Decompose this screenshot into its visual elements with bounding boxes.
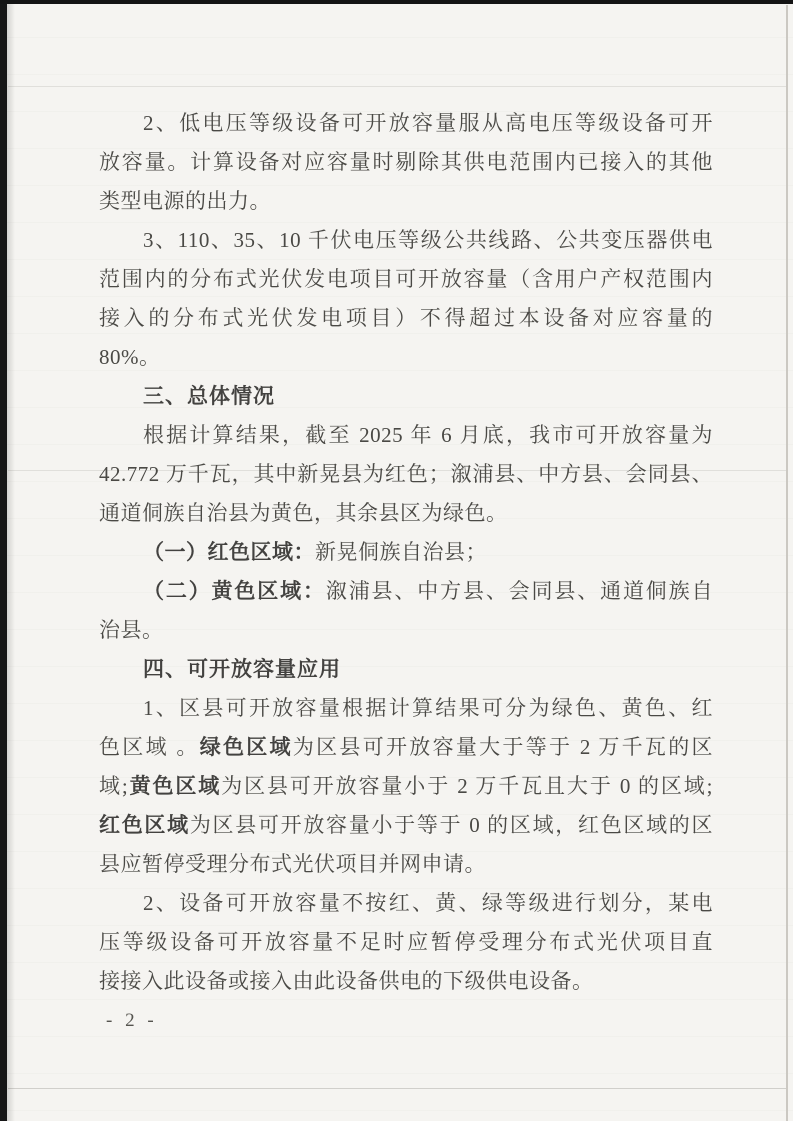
text-line: 42.772 万千瓦，其中新晃县为红色；溆浦县、中方县、会同县、	[99, 455, 713, 494]
paragraph: 2、低电压等级设备可开放容量服从高电压等级设备可开放容量。计算设备对应容量时剔除…	[99, 104, 713, 221]
text-line: 压等级设备可开放容量不足时应暂停受理分布式光伏项目直	[99, 923, 713, 962]
paragraph: （一）红色区域：新晃侗族自治县；	[99, 533, 713, 572]
emphasis-text: 绿色区域	[200, 736, 293, 759]
body-text: 新晃侗族自治县；	[315, 540, 487, 564]
text-line: 类型电源的出力。	[99, 182, 713, 221]
emphasis-text: 黄色区域	[128, 775, 221, 798]
text-line: 县应暂停受理分布式光伏项目并网申请。	[99, 845, 713, 884]
section-heading: 三、总体情况	[99, 377, 713, 416]
text-line: 3、110、35、10 千伏电压等级公共线路、公共变压器供电	[99, 221, 713, 260]
page-number: - 2 -	[106, 1010, 158, 1032]
text-line: 范围内的分布式光伏发电项目可开放容量（含用户产权范围内	[99, 260, 713, 299]
text-line: 2、低电压等级设备可开放容量服从高电压等级设备可开	[99, 104, 713, 143]
body-text: 接接入此设备或接入由此设备供电的下级供电设备。	[99, 969, 594, 993]
paragraph: 1、区县可开放容量根据计算结果可分为绿色、黄色、红色区域 。绿色区域为区县可开放…	[99, 689, 713, 884]
body-text: 县应暂停受理分布式光伏项目并网申请。	[99, 852, 486, 876]
scan-edge-left-shadow	[7, 0, 15, 1121]
body-text: 压等级设备可开放容量不足时应暂停受理分布式光伏项目直	[99, 930, 713, 954]
text-line: 通道侗族自治县为黄色，其余县区为绿色。	[99, 494, 713, 533]
body-text: 1、区县可开放容量根据计算结果可分为绿色、黄色、红	[143, 696, 713, 720]
emphasis-text: 四、可开放容量应用	[143, 658, 341, 681]
emphasis-text: （二）黄色区域：	[143, 580, 326, 603]
paragraph: 根据计算结果，截至 2025 年 6 月底，我市可开放容量为42.772 万千瓦…	[99, 416, 713, 533]
scan-edge-top	[0, 0, 793, 4]
text-line: 色区域 。绿色区域为区县可开放容量大于等于 2 万千瓦的区	[99, 728, 713, 767]
body-text: 色区域 。	[99, 735, 200, 759]
body-text: 为区县可开放容量小于 2 万千瓦且大于 0 的区域;	[221, 774, 713, 798]
text-line: 接接入此设备或接入由此设备供电的下级供电设备。	[99, 962, 713, 1001]
paragraph: 3、110、35、10 千伏电压等级公共线路、公共变压器供电范围内的分布式光伏发…	[99, 221, 713, 377]
emphasis-text: （一）红色区域：	[143, 541, 315, 564]
text-line: （二）黄色区域：溆浦县、中方县、会同县、通道侗族自	[99, 572, 713, 611]
body-text: 3、110、35、10 千伏电压等级公共线路、公共变压器供电	[143, 228, 713, 252]
emphasis-text: 三、总体情况	[143, 385, 275, 408]
text-line: 2、设备可开放容量不按红、黄、绿等级进行划分，某电	[99, 884, 713, 923]
body-text: 2、低电压等级设备可开放容量服从高电压等级设备可开	[143, 111, 713, 135]
document-body: 2、低电压等级设备可开放容量服从高电压等级设备可开放容量。计算设备对应容量时剔除…	[99, 104, 713, 1001]
scan-streak	[8, 1088, 788, 1089]
scanned-document-page: { "page": { "number_label": "- 2 -", "pa…	[0, 0, 793, 1121]
text-line: 根据计算结果，截至 2025 年 6 月底，我市可开放容量为	[99, 416, 713, 455]
paragraph: 2、设备可开放容量不按红、黄、绿等级进行划分，某电压等级设备可开放容量不足时应暂…	[99, 884, 713, 1001]
body-text: 范围内的分布式光伏发电项目可开放容量（含用户产权范围内	[99, 267, 713, 291]
text-line: 四、可开放容量应用	[99, 650, 713, 689]
body-text: 根据计算结果，截至 2025 年 6 月底，我市可开放容量为	[143, 423, 713, 447]
body-text: 80%。	[99, 345, 161, 369]
paragraph: （二）黄色区域：溆浦县、中方县、会同县、通道侗族自治县。	[99, 572, 713, 650]
body-text: 通道侗族自治县为黄色，其余县区为绿色。	[99, 501, 508, 525]
scan-streak	[8, 86, 788, 87]
body-text: 为区县可开放容量小于等于 0 的区域，红色区域的区	[190, 813, 713, 837]
body-text: 治县。	[99, 618, 164, 642]
body-text: 放容量。计算设备对应容量时剔除其供电范围内已接入的其他	[99, 150, 713, 174]
text-line: 放容量。计算设备对应容量时剔除其供电范围内已接入的其他	[99, 143, 713, 182]
text-line: 接入的分布式光伏发电项目）不得超过本设备对应容量的	[99, 299, 713, 338]
scan-edge-left	[0, 0, 7, 1121]
text-line: 红色区域为区县可开放容量小于等于 0 的区域，红色区域的区	[99, 806, 713, 845]
body-text: 2、设备可开放容量不按红、黄、绿等级进行划分，某电	[143, 891, 713, 915]
text-line: 80%。	[99, 338, 713, 377]
text-line: 治县。	[99, 611, 713, 650]
body-text: 为区县可开放容量大于等于 2 万千瓦的区	[293, 735, 713, 759]
body-text: 域;	[99, 774, 128, 798]
emphasis-text: 红色区域	[99, 814, 190, 837]
section-heading: 四、可开放容量应用	[99, 650, 713, 689]
body-text: 溆浦县、中方县、会同县、通道侗族自	[326, 579, 713, 603]
body-text: 42.772 万千瓦，其中新晃县为红色；溆浦县、中方县、会同县、	[99, 462, 713, 486]
scan-edge-right-line	[786, 5, 788, 1121]
body-text: 类型电源的出力。	[99, 189, 271, 213]
text-line: 三、总体情况	[99, 377, 713, 416]
text-line: 域;黄色区域为区县可开放容量小于 2 万千瓦且大于 0 的区域;	[99, 767, 713, 806]
text-line: （一）红色区域：新晃侗族自治县；	[99, 533, 713, 572]
text-line: 1、区县可开放容量根据计算结果可分为绿色、黄色、红	[99, 689, 713, 728]
body-text: 接入的分布式光伏发电项目）不得超过本设备对应容量的	[99, 306, 713, 330]
